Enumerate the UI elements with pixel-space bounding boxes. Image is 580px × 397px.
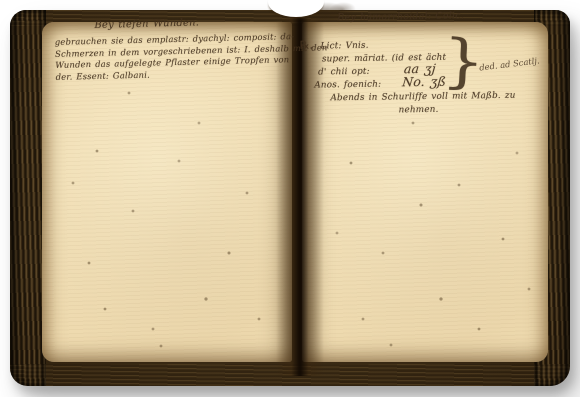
foxing-speckles — [0, 0, 2, 2]
left-page-handwriting: Bey tiefen Wunden. gebrauchen sie das em… — [54, 15, 295, 83]
handwriting-line: nehmen. — [399, 105, 439, 116]
rx-symbol: ℞. — [300, 39, 314, 52]
book-fore-edge-left — [10, 10, 46, 386]
prescription-line: nehmen. — [399, 102, 549, 117]
handwriting-line: Anos. foenich: — [314, 80, 381, 91]
manuscript-book-photo: Bey tiefen Wunden. gebrauchen sie das em… — [0, 0, 580, 397]
curly-brace-flourish: } — [441, 31, 486, 91]
handwriting-line: Abends in Schurliffe voll mit Maßb. zu — [330, 91, 515, 104]
handwriting-line: Lict: Vnis. — [320, 41, 368, 52]
handwriting-line: d' chii opt: — [318, 67, 370, 78]
right-page-heading: Bey hämorrhoidal: Colic. — [337, 9, 547, 23]
